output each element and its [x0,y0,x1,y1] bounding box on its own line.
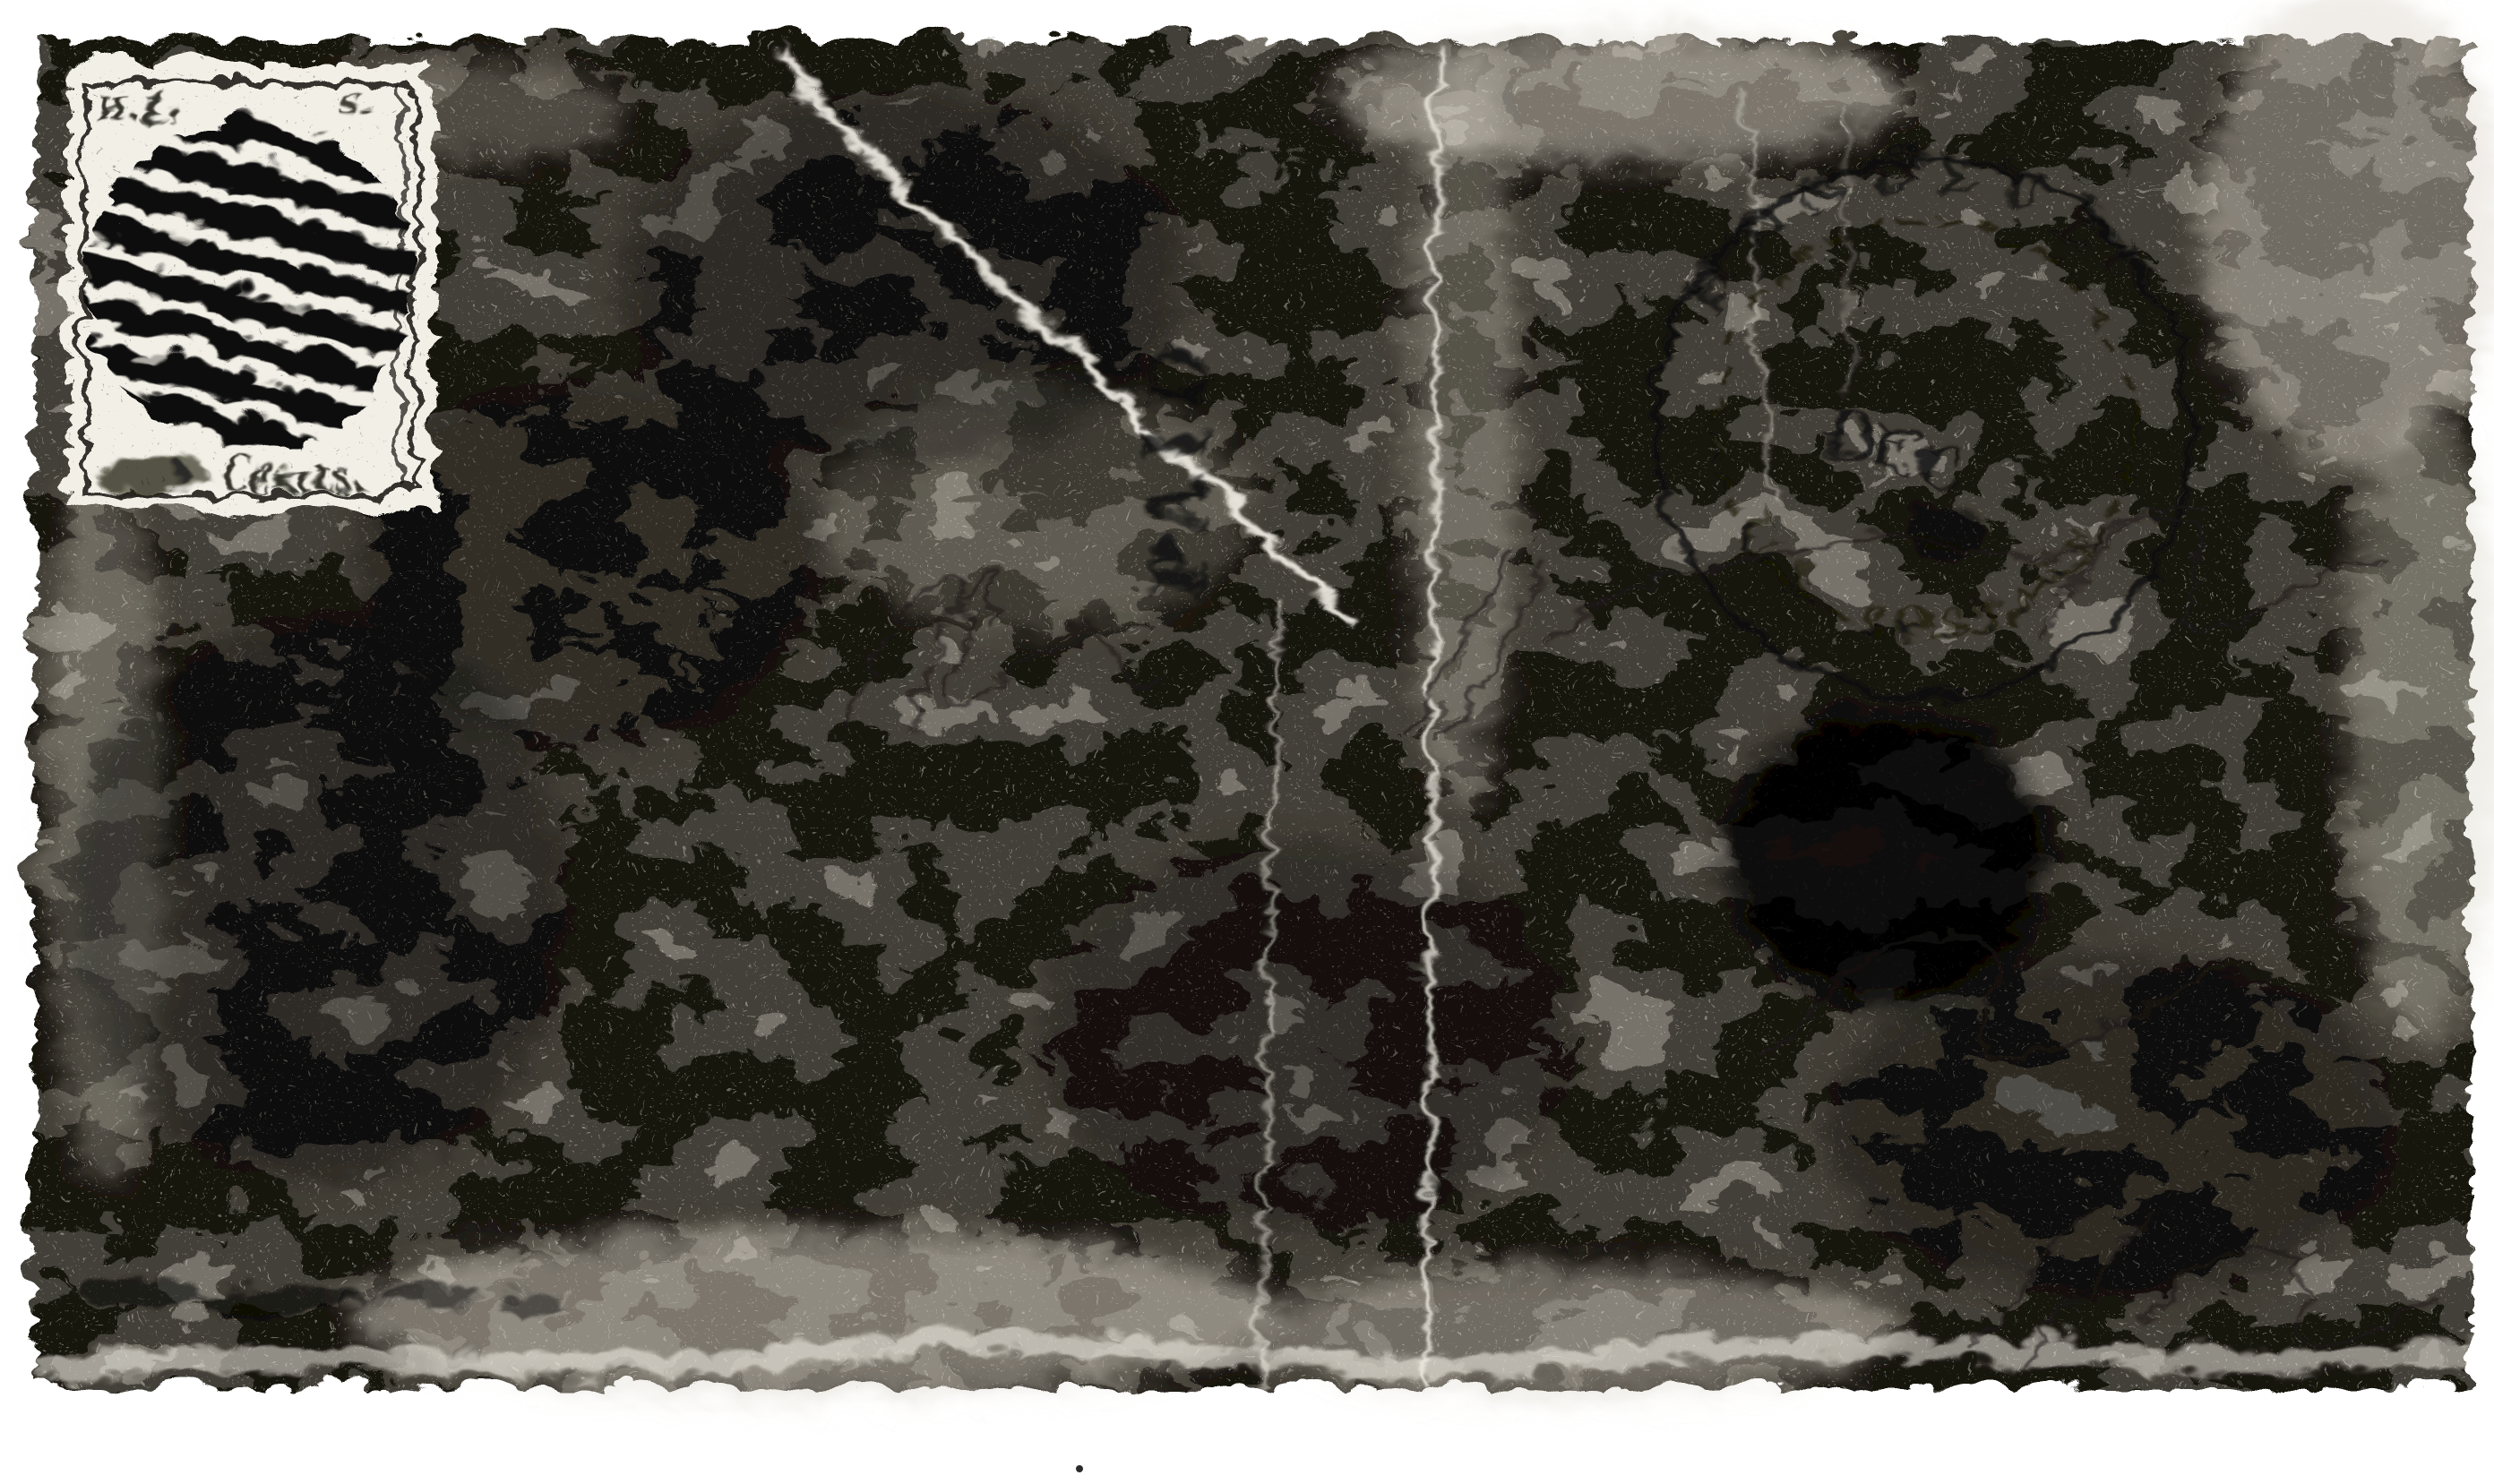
stamp-denomination-text: Cents. [213,445,358,493]
ink-blob [1720,708,2042,994]
photo-of-postal-cover: H.I. S. [0,0,2494,1484]
toner-speck [1076,1465,1083,1472]
envelope-canvas: H.I. S. [0,0,2494,1484]
stamp-inscription-left: H.I. [88,79,171,124]
envelope-body: H.I. S. [22,0,2494,1393]
stamp-inscription-right: S. [333,80,370,122]
paid-handstamp-vertical: PAID [1128,324,1217,591]
postage-stamp: H.I. S. [22,56,464,503]
